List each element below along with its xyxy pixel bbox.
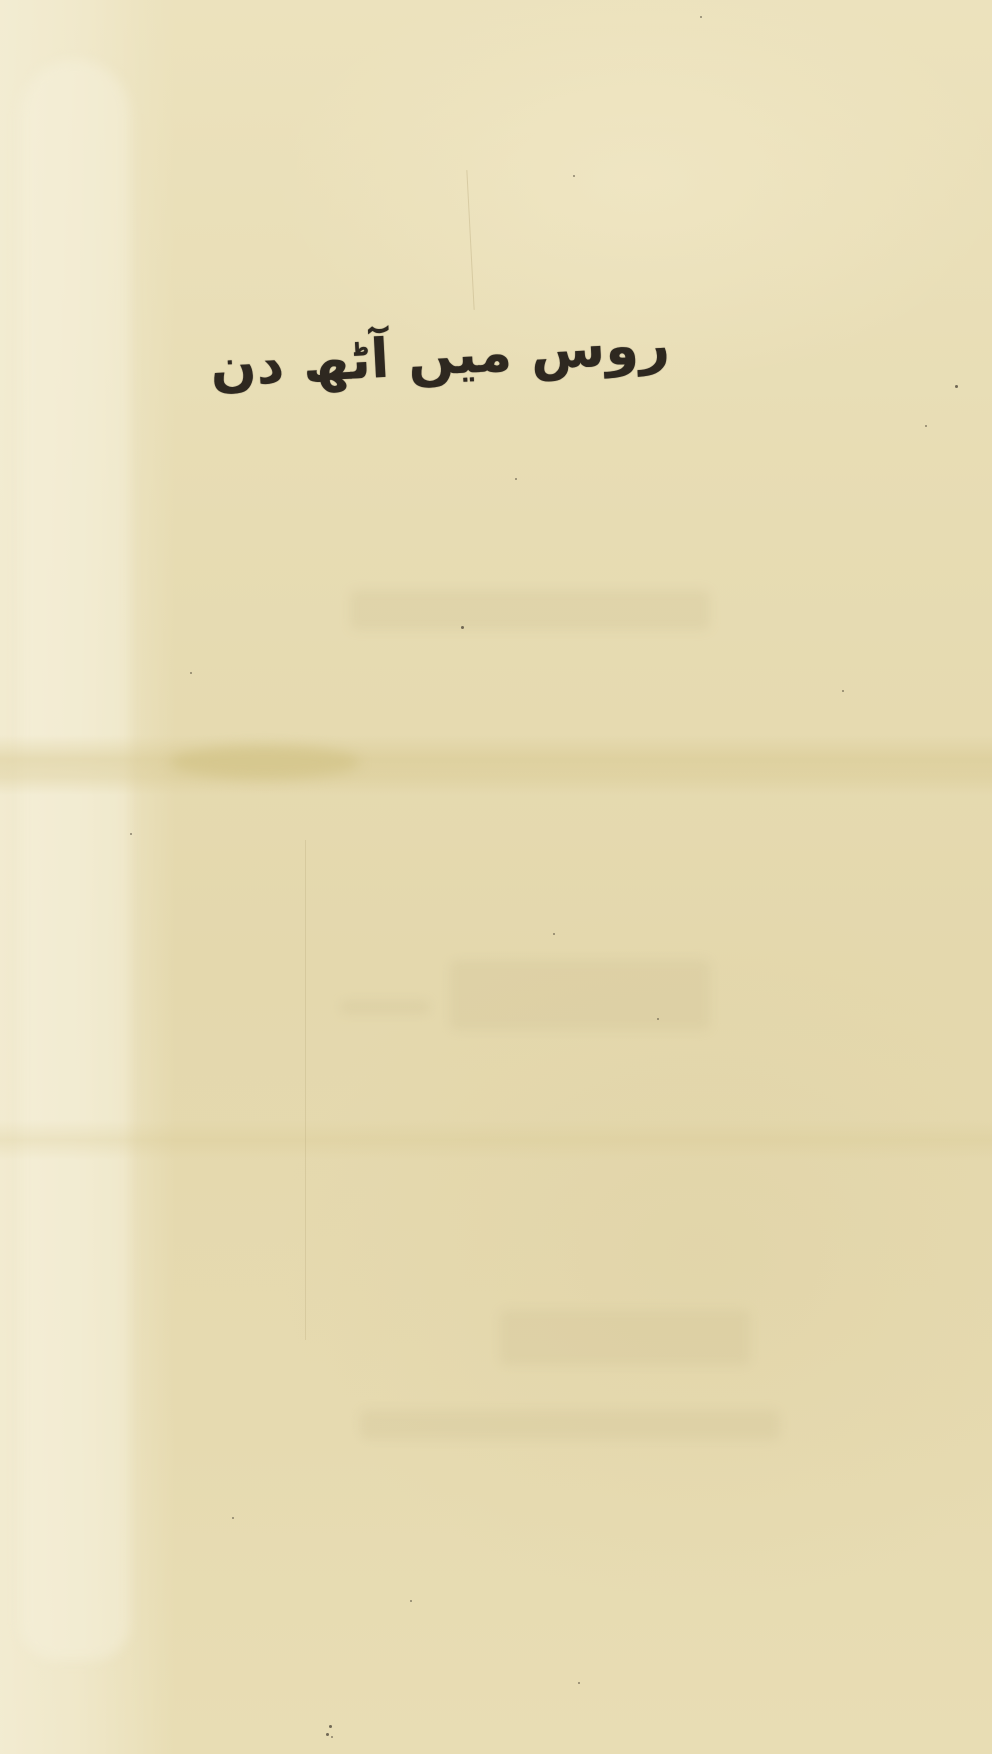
book-title: روس میں آٹھ دن: [209, 312, 671, 399]
bleached-area: [20, 60, 130, 1660]
stain-blob: [170, 745, 360, 779]
speck: [578, 1682, 580, 1684]
stain-band-lower: [0, 1120, 992, 1160]
speck: [842, 690, 844, 692]
pale-margin-band: [0, 0, 175, 1754]
speck: [130, 833, 132, 835]
speck: [190, 672, 192, 674]
speck: [232, 1517, 234, 1519]
speck: [657, 1018, 659, 1020]
speck: [410, 1600, 412, 1602]
speck: [925, 425, 927, 427]
speck: [955, 385, 958, 388]
paper-crease: [305, 840, 306, 1340]
speck: [573, 175, 575, 177]
show-through-text: [450, 960, 710, 1030]
show-through-text: [340, 1000, 430, 1014]
show-through-text: [350, 590, 710, 630]
title-block: روس میں آٹھ دن: [280, 290, 600, 420]
paper-crease-top: [466, 170, 474, 310]
speck: [515, 478, 517, 480]
speck: [461, 626, 464, 629]
stain-band: [0, 735, 992, 795]
speck: [326, 1733, 329, 1736]
show-through-text: [500, 1310, 750, 1365]
speck: [700, 16, 702, 18]
show-through-text: [360, 1410, 780, 1440]
speck: [553, 933, 555, 935]
book-page: روس میں آٹھ دن: [0, 0, 992, 1754]
speck: [329, 1725, 332, 1728]
speck: [331, 1736, 333, 1738]
